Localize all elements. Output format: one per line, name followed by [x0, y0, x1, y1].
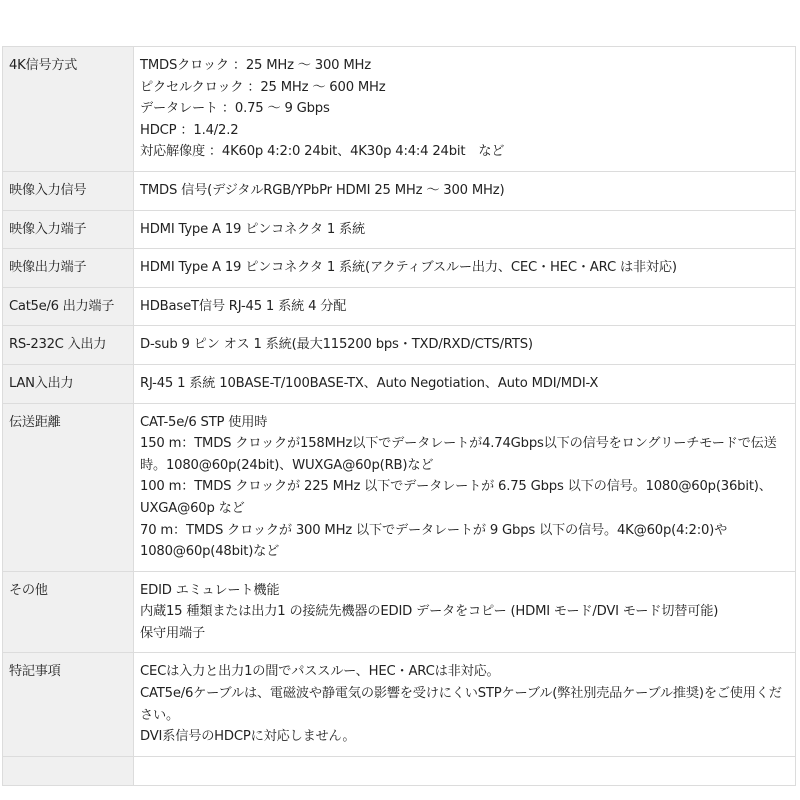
spec-row-truncated	[3, 756, 796, 785]
spec-label-empty	[3, 756, 134, 785]
spec-value-line: データレート ：0.75 ～ 9 Gbps	[140, 98, 791, 120]
spec-value-line: HDBaseT信号 RJ-45 1 系統 4 分配	[140, 296, 791, 318]
spec-value: CECは入力と出力1の間でパススルー、HEC・ARCは非対応。 CAT5e/6ケ…	[134, 653, 796, 756]
spec-value-empty	[134, 756, 796, 785]
spec-table: 4K信号方式 TMDSクロック ：25 MHz ～ 300 MHz ピクセルクロ…	[2, 46, 796, 786]
spec-row-other: その他 EDID エミュレート機能 内蔵15 種類または出力1 の接続先機器のE…	[3, 571, 796, 653]
spec-row-rs232c: RS-232C 入出力 D-sub 9 ピン オス 1 系統(最大115200 …	[3, 326, 796, 365]
spec-label: 伝送距離	[3, 403, 134, 571]
spec-value-line: TMDS 信号(デジタルRGB/YPbPr HDMI 25 MHz ～ 300 …	[140, 180, 791, 202]
spec-label: 映像出力端子	[3, 249, 134, 288]
spec-value-line: 70 m：TMDS クロックが 300 MHz 以下でデータレートが 9 Gbp…	[140, 520, 791, 563]
spec-row-transmission-distance: 伝送距離 CAT-5e/6 STP 使用時 150 m：TMDS クロックが15…	[3, 403, 796, 571]
spec-value-line: EDID エミュレート機能	[140, 580, 791, 602]
spec-label: RS-232C 入出力	[3, 326, 134, 365]
spec-value-line: CECは入力と出力1の間でパススルー、HEC・ARCは非対応。	[140, 661, 791, 683]
spec-value: RJ-45 1 系統 10BASE-T/100BASE-TX、Auto Nego…	[134, 364, 796, 403]
spec-value-line: HDCP ：1.4/2.2	[140, 120, 791, 142]
spec-value-line: ピクセルクロック ：25 MHz ～ 600 MHz	[140, 77, 791, 99]
spec-row-lan: LAN入出力 RJ-45 1 系統 10BASE-T/100BASE-TX、Au…	[3, 364, 796, 403]
spec-value: HDBaseT信号 RJ-45 1 系統 4 分配	[134, 287, 796, 326]
spec-value: TMDSクロック ：25 MHz ～ 300 MHz ピクセルクロック ：25 …	[134, 47, 796, 172]
spec-value-line: 内蔵15 種類または出力1 の接続先機器のEDID データをコピー (HDMI …	[140, 601, 791, 623]
spec-label: 映像入力信号	[3, 171, 134, 210]
spec-value: CAT-5e/6 STP 使用時 150 m：TMDS クロックが158MHz以…	[134, 403, 796, 571]
spec-value: D-sub 9 ピン オス 1 系統(最大115200 bps・TXD/RXD/…	[134, 326, 796, 365]
spec-row-cat-output: Cat5e/6 出力端子 HDBaseT信号 RJ-45 1 系統 4 分配	[3, 287, 796, 326]
spec-value-line: CAT-5e/6 STP 使用時	[140, 412, 791, 434]
spec-row-video-input-signal: 映像入力信号 TMDS 信号(デジタルRGB/YPbPr HDMI 25 MHz…	[3, 171, 796, 210]
spec-label: 映像入力端子	[3, 210, 134, 249]
spec-label: 4K信号方式	[3, 47, 134, 172]
spec-value-line: DVI系信号のHDCPに対応しません。	[140, 726, 791, 748]
spec-row-notes: 特記事項 CECは入力と出力1の間でパススルー、HEC・ARCは非対応。 CAT…	[3, 653, 796, 756]
spec-value-line: 100 m：TMDS クロックが 225 MHz 以下でデータレートが 6.75…	[140, 476, 791, 519]
spec-label: Cat5e/6 出力端子	[3, 287, 134, 326]
spec-value-line: HDMI Type A 19 ピンコネクタ 1 系統	[140, 219, 791, 241]
spec-label: その他	[3, 571, 134, 653]
spec-label: LAN入出力	[3, 364, 134, 403]
spec-row-video-output-terminal: 映像出力端子 HDMI Type A 19 ピンコネクタ 1 系統(アクティブス…	[3, 249, 796, 288]
spec-value-line: RJ-45 1 系統 10BASE-T/100BASE-TX、Auto Nego…	[140, 373, 791, 395]
spec-value: TMDS 信号(デジタルRGB/YPbPr HDMI 25 MHz ～ 300 …	[134, 171, 796, 210]
spec-value-line: TMDSクロック ：25 MHz ～ 300 MHz	[140, 55, 791, 77]
spec-row-video-input-terminal: 映像入力端子 HDMI Type A 19 ピンコネクタ 1 系統	[3, 210, 796, 249]
spec-row-4k-signal: 4K信号方式 TMDSクロック ：25 MHz ～ 300 MHz ピクセルクロ…	[3, 47, 796, 172]
spec-value-line: 対応解像度 ：4K60p 4:2:0 24bit、4K30p 4:4:4 24b…	[140, 141, 791, 163]
spec-value-line: HDMI Type A 19 ピンコネクタ 1 系統(アクティブスルー出力、CE…	[140, 257, 791, 279]
spec-value-line: 保守用端子	[140, 623, 791, 645]
spec-value: EDID エミュレート機能 内蔵15 種類または出力1 の接続先機器のEDID …	[134, 571, 796, 653]
spec-value-line: 150 m：TMDS クロックが158MHz以下でデータレートが4.74Gbps…	[140, 433, 791, 476]
spec-value: HDMI Type A 19 ピンコネクタ 1 系統(アクティブスルー出力、CE…	[134, 249, 796, 288]
spec-value: HDMI Type A 19 ピンコネクタ 1 系統	[134, 210, 796, 249]
spec-value-line: CAT5e/6ケーブルは、電磁波や静電気の影響を受けにくいSTPケーブル(弊社別…	[140, 683, 791, 726]
spec-value-line: D-sub 9 ピン オス 1 系統(最大115200 bps・TXD/RXD/…	[140, 334, 791, 356]
spec-label: 特記事項	[3, 653, 134, 756]
